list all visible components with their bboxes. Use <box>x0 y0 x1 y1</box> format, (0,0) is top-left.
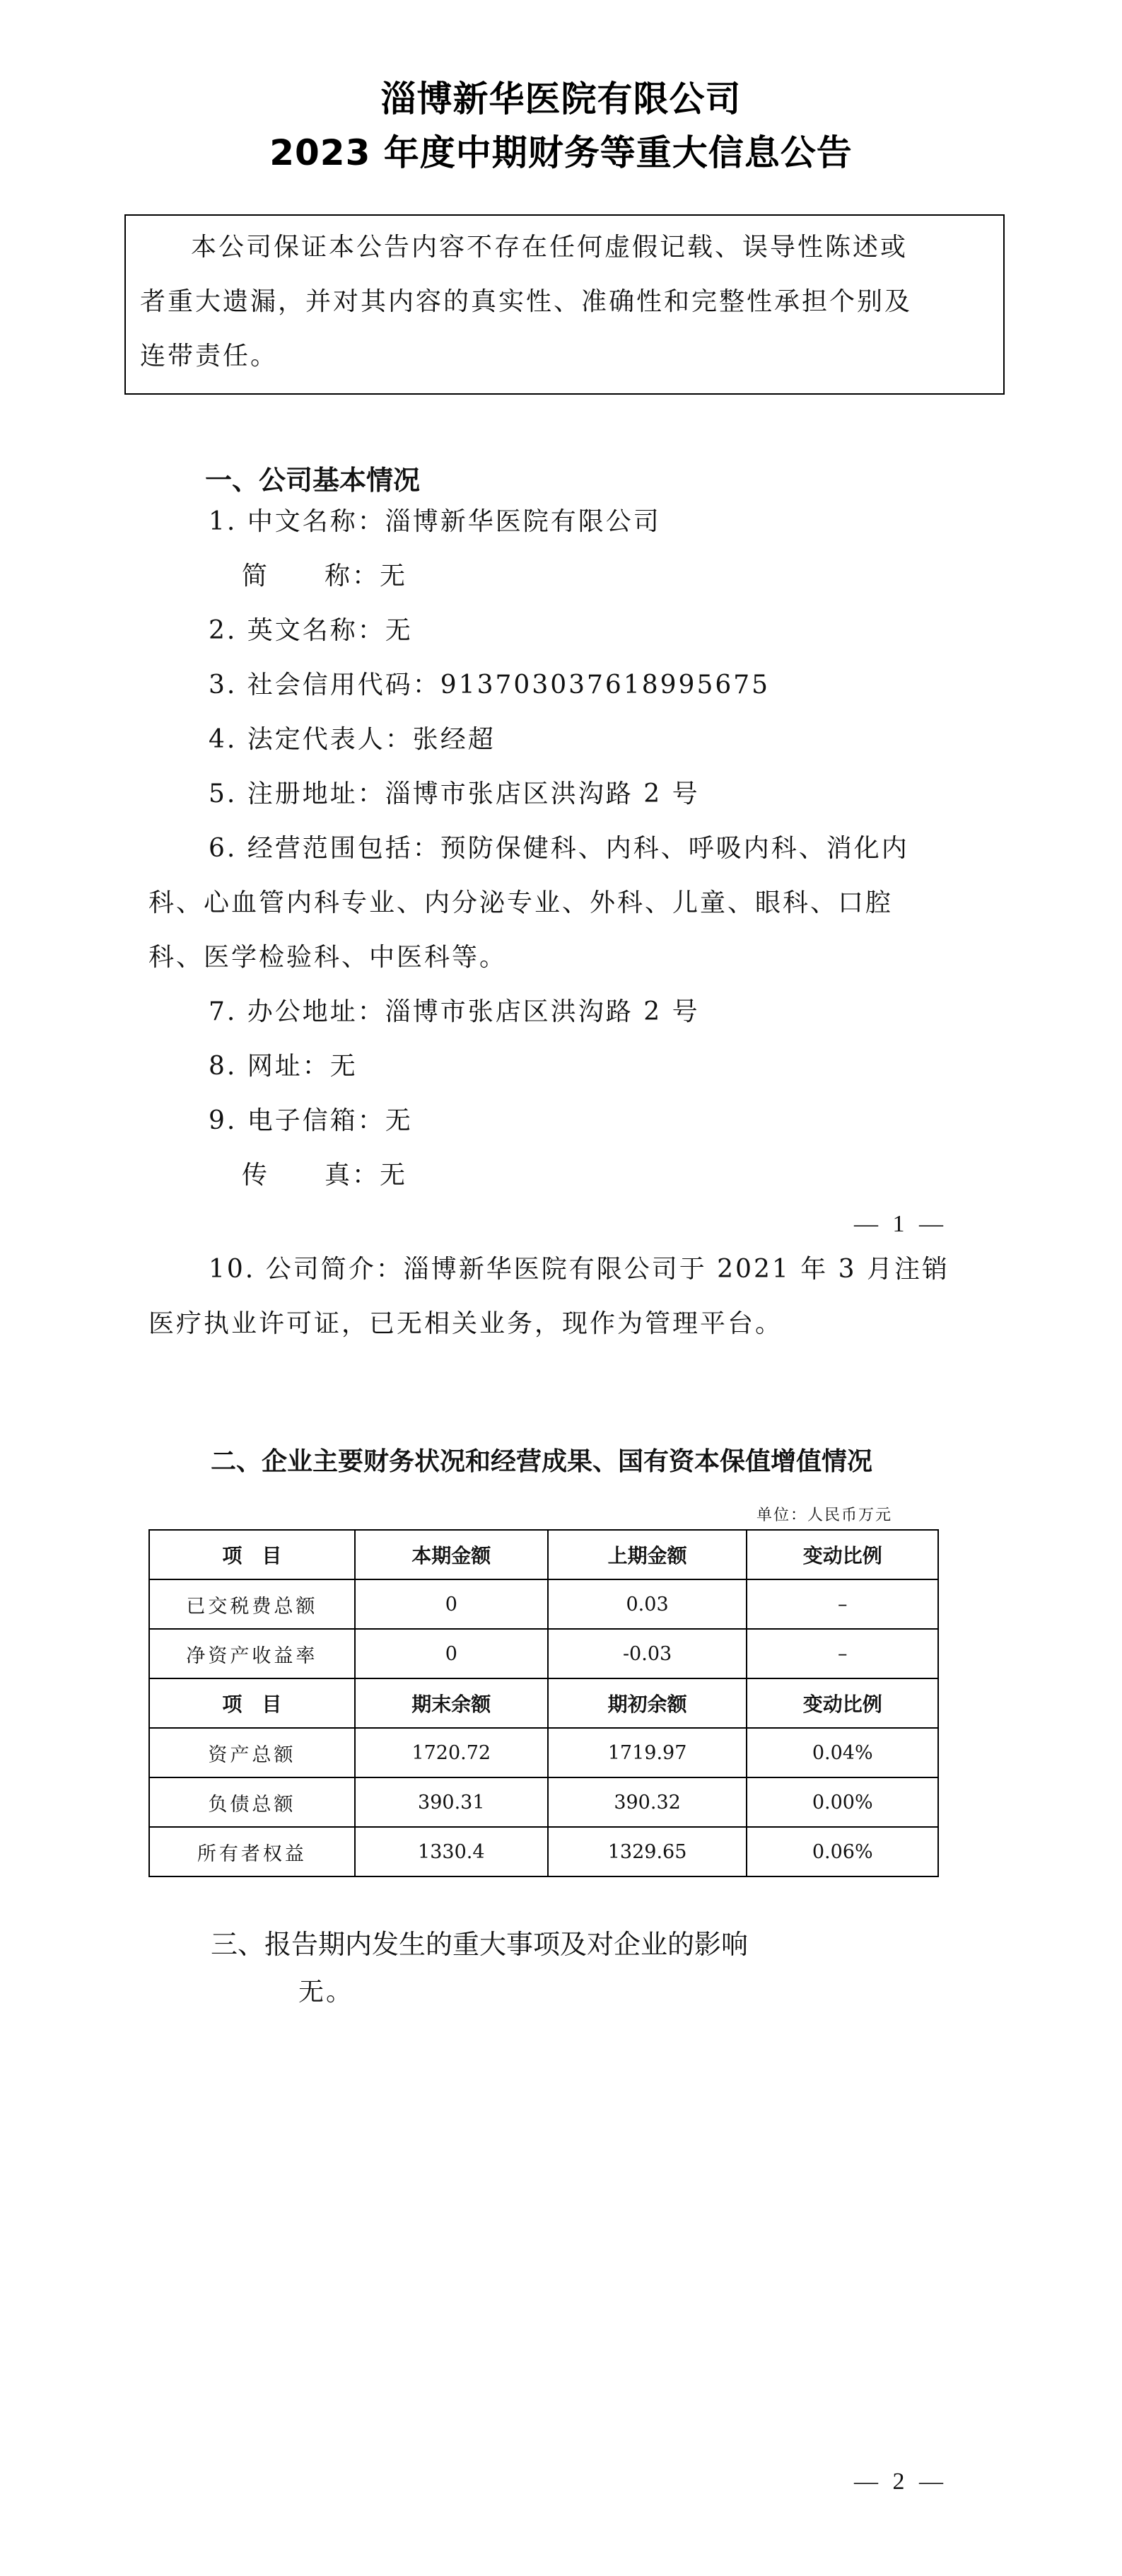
table-cell-value: 1719.97 <box>548 1728 747 1777</box>
table-row: 负债总额 390.31 390.32 0.00% <box>149 1777 938 1827</box>
section-1-heading: 一、公司基本情况 <box>205 458 420 497</box>
disclaimer-line-1: 本公司保证本公告内容不存在任何虚假记载、误导性陈述或 <box>140 220 989 274</box>
table-row: 所有者权益 1330.4 1329.65 0.06% <box>149 1827 938 1876</box>
table-cell-value: 0.04% <box>747 1728 938 1777</box>
item-email: 9. 电子信箱：无 <box>209 1106 413 1137</box>
disclaimer-box: 本公司保证本公告内容不存在任何虚假记载、误导性陈述或 者重大遗漏，并对其内容的真… <box>124 214 1005 395</box>
table-header-cell: 期末余额 <box>355 1678 548 1728</box>
table-cell-value: -0.03 <box>548 1629 747 1678</box>
item-website: 8. 网址：无 <box>209 1051 358 1082</box>
document-title-announcement: 2023 年度中期财务等重大信息公告 <box>0 132 1122 174</box>
disclaimer-line-3: 连带责任。 <box>140 329 989 383</box>
section-3-heading: 三、报告期内发生的重大事项及对企业的影响 <box>211 1922 748 1961</box>
table-cell-value: 0.00% <box>747 1777 938 1827</box>
page-number-1: — 1 — <box>854 1211 947 1238</box>
table-row: 资产总额 1720.72 1719.97 0.04% <box>149 1728 938 1777</box>
table-header-cell: 项 目 <box>149 1678 355 1728</box>
item-business-scope-line-3: 科、医学检验科、中医科等。 <box>148 942 507 973</box>
table-cell-value: – <box>747 1579 938 1629</box>
table-cell-value: 390.31 <box>355 1777 548 1827</box>
table-cell-value: 0 <box>355 1629 548 1678</box>
section-2-heading: 二、企业主要财务状况和经营成果、国有资本保值增值情况 <box>211 1441 872 1478</box>
table-header-cell: 上期金额 <box>548 1530 747 1579</box>
table-cell-item: 已交税费总额 <box>149 1579 355 1629</box>
table-cell-item: 净资产收益率 <box>149 1629 355 1678</box>
section-3-body: 无。 <box>298 1977 353 2008</box>
table-row: 已交税费总额 0 0.03 – <box>149 1579 938 1629</box>
table-cell-value: – <box>747 1629 938 1678</box>
document-title-company: 淄博新华医院有限公司 <box>0 78 1122 120</box>
table-cell-item: 所有者权益 <box>149 1827 355 1876</box>
table-cell-value: 0.03 <box>548 1579 747 1629</box>
item-company-profile-line-1: 10. 公司简介：淄博新华医院有限公司于 2021 年 3 月注销 <box>209 1254 949 1285</box>
item-registered-address: 5. 注册地址：淄博市张店区洪沟路 2 号 <box>209 779 700 810</box>
item-legal-representative: 4. 法定代表人：张经超 <box>209 724 496 755</box>
item-chinese-name: 1. 中文名称：淄博新华医院有限公司 <box>209 506 661 538</box>
table-cell-value: 1330.4 <box>355 1827 548 1876</box>
table-cell-value: 0 <box>355 1579 548 1629</box>
item-fax: 传 真：无 <box>242 1160 407 1191</box>
table-cell-value: 1329.65 <box>548 1827 747 1876</box>
table-row: 净资产收益率 0 -0.03 – <box>149 1629 938 1678</box>
table-header-cell: 项 目 <box>149 1530 355 1579</box>
table-cell-item: 负债总额 <box>149 1777 355 1827</box>
table-cell-value: 390.32 <box>548 1777 747 1827</box>
table-header-cell: 变动比例 <box>747 1530 938 1579</box>
disclaimer-line-2: 者重大遗漏，并对其内容的真实性、准确性和完整性承担个别及 <box>140 274 989 329</box>
table-cell-value: 0.06% <box>747 1827 938 1876</box>
financial-table: 项 目 本期金额 上期金额 变动比例 已交税费总额 0 0.03 – 净资产收益… <box>148 1529 939 1877</box>
table-cell-value: 1720.72 <box>355 1728 548 1777</box>
item-office-address: 7. 办公地址：淄博市张店区洪沟路 2 号 <box>209 997 700 1028</box>
page-number-2: — 2 — <box>854 2468 947 2495</box>
table-header-cell: 期初余额 <box>548 1678 747 1728</box>
item-english-name: 2. 英文名称：无 <box>209 615 413 646</box>
item-company-profile-line-2: 医疗执业许可证，已无相关业务，现作为管理平台。 <box>148 1309 783 1340</box>
table-header-row: 项 目 本期金额 上期金额 变动比例 <box>149 1530 938 1579</box>
table-header-cell: 本期金额 <box>355 1530 548 1579</box>
item-business-scope-line-1: 6. 经营范围包括：预防保健科、内科、呼吸内科、消化内 <box>209 833 909 864</box>
table-cell-item: 资产总额 <box>149 1728 355 1777</box>
item-short-name: 简 称：无 <box>242 561 407 592</box>
item-business-scope-line-2: 科、心血管内科专业、内分泌专业、外科、儿童、眼科、口腔 <box>148 888 893 919</box>
unit-label: 单位：人民币万元 <box>756 1503 892 1525</box>
table-header-row: 项 目 期末余额 期初余额 变动比例 <box>149 1678 938 1728</box>
item-credit-code: 3. 社会信用代码：913703037618995675 <box>209 670 770 701</box>
table-header-cell: 变动比例 <box>747 1678 938 1728</box>
